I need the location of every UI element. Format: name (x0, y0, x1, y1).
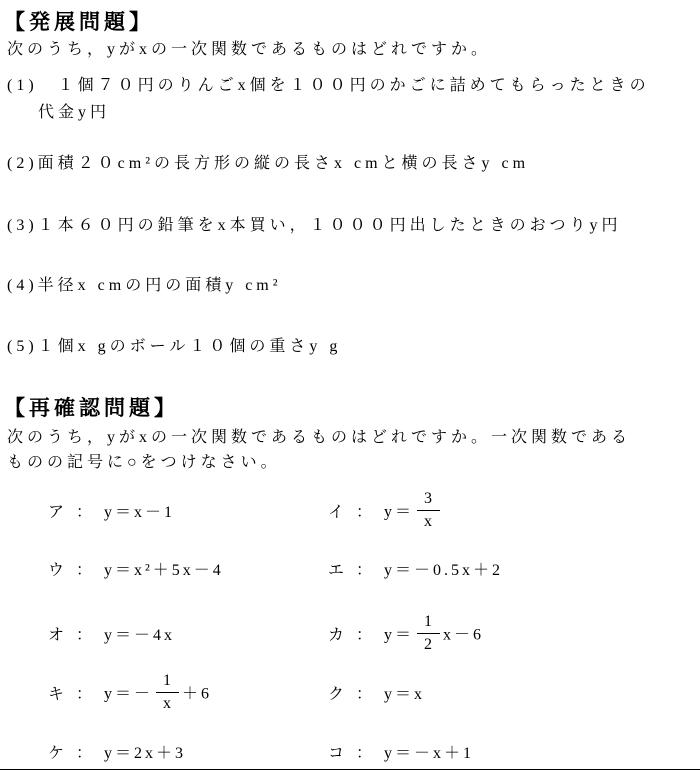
option-ke-label: ケ： (48, 740, 104, 763)
option-a-formula: y＝x－1 (104, 499, 175, 522)
option-ko: コ： y＝－x＋1 (328, 740, 700, 763)
option-a: ア： y＝x－1 (48, 499, 328, 522)
option-ki-label: キ： (48, 681, 104, 704)
option-ko-formula: y＝－x＋1 (384, 740, 474, 763)
option-u: ウ： y＝x²＋5x－4 (48, 557, 328, 580)
option-ke-formula: y＝2x＋3 (104, 740, 186, 763)
option-i: イ： y＝3x (328, 490, 700, 530)
options-row-5: ケ： y＝2x＋3 コ： y＝－x＋1 (48, 723, 700, 771)
problem-2: (2)面積２０cm²の長方形の縦の長さx cmと横の長さy cm (7, 150, 529, 173)
section2-title: 【再確認問題】 (4, 392, 179, 422)
option-ka: カ： y＝12x－6 (328, 613, 700, 653)
option-ka-label: カ： (328, 622, 384, 645)
problem-1-line2: 代金y円 (38, 99, 110, 122)
option-ku-label: ク： (328, 681, 384, 704)
options-row-4: キ： y＝－1x＋6 ク： y＝x (48, 664, 700, 720)
option-ke: ケ： y＝2x＋3 (48, 740, 328, 763)
option-o: オ： y＝－4x (48, 622, 328, 645)
option-i-formula: y＝3x (384, 490, 443, 530)
problem-1-line1: (1) １個７０円のりんごx個を１００円のかごに詰めてもらったときの (7, 72, 650, 95)
problem-5: (5)１個x gのボール１０個の重さy g (7, 333, 341, 356)
option-o-label: オ： (48, 622, 104, 645)
option-ki-formula: y＝－1x＋6 (104, 672, 212, 712)
option-e-label: エ： (328, 557, 384, 580)
options-row-2: ウ： y＝x²＋5x－4 エ： y＝－0.5x＋2 (48, 540, 700, 596)
section2-intro-line2: ものの記号に○をつけなさい。 (7, 449, 281, 472)
options-row-1: ア： y＝x－1 イ： y＝3x (48, 482, 700, 538)
option-u-label: ウ： (48, 557, 104, 580)
option-ko-label: コ： (328, 740, 384, 763)
section2-intro-line1: 次のうち，yがxの一次関数であるものはどれですか。一次関数である (7, 424, 631, 447)
option-e: エ： y＝－0.5x＋2 (328, 557, 700, 580)
section1-title: 【発展問題】 (4, 6, 154, 36)
section1-intro: 次のうち，yがxの一次関数であるものはどれですか。 (7, 36, 491, 59)
bottom-rule (0, 769, 700, 770)
option-e-formula: y＝－0.5x＋2 (384, 557, 503, 580)
option-ku: ク： y＝x (328, 681, 700, 704)
option-i-label: イ： (328, 499, 384, 522)
worksheet-page: 【発展問題】 次のうち，yがxの一次関数であるものはどれですか。 (1) １個７… (0, 0, 700, 771)
option-o-formula: y＝－4x (104, 622, 175, 645)
option-a-label: ア： (48, 499, 104, 522)
problem-3: (3)１本６０円の鉛筆をx本買い，１０００円出したときのおつりy円 (7, 212, 622, 235)
options-row-3: オ： y＝－4x カ： y＝12x－6 (48, 605, 700, 661)
problem-4: (4)半径x cmの円の面積y cm² (7, 272, 282, 295)
option-u-formula: y＝x²＋5x－4 (104, 557, 224, 580)
option-ka-formula: y＝12x－6 (384, 613, 484, 653)
option-ku-formula: y＝x (384, 681, 425, 704)
option-ki: キ： y＝－1x＋6 (48, 672, 328, 712)
